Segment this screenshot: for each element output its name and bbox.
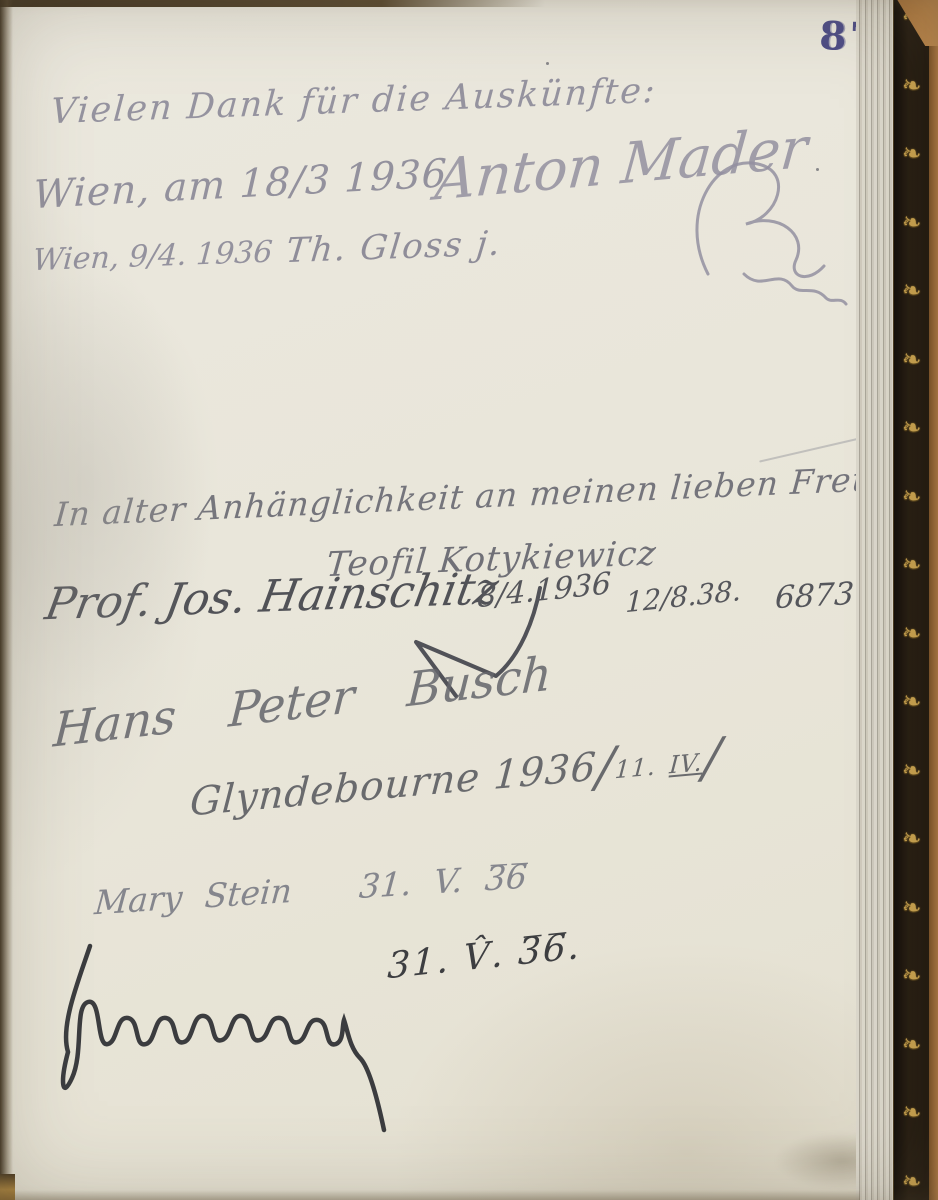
page-edges-stack (856, 0, 893, 1200)
entry-mader-date: Wien, am 18/3 1936 (33, 154, 449, 217)
paper-speck (546, 62, 549, 65)
page-bottom-shadow (0, 1190, 860, 1200)
busch-day: 11. (614, 752, 657, 784)
album-page: 87 Vielen Dank für die Auskünfte: Wien, … (0, 0, 858, 1200)
busch-slash: / (594, 736, 617, 799)
paper-blotch (0, 270, 220, 700)
entry-busch-place: Glyndebourne 1936/11. IV./ (188, 729, 724, 831)
gilt-corner (0, 1174, 15, 1200)
paper-speck (816, 168, 819, 171)
book-top-edge (0, 0, 545, 7)
stein-date: 31. V. 3̅6̅ (358, 857, 529, 907)
pen-stroke (759, 435, 869, 462)
stein-name: Mary Stein (93, 871, 293, 922)
busch-roman-month: IV. (668, 748, 703, 779)
dedication-number: 6873. (774, 577, 864, 614)
entry-last-date: 31. V̂. 3̅6̅. (387, 928, 582, 987)
book-cover-binding: ❧❧❧❧❧❧❧❧❧❧❧❧❧❧❧❧❧❧ (893, 0, 930, 1200)
greeting-line: Vielen Dank für die Auskünfte: (49, 73, 658, 131)
dedication-date-1938: 12/8.38. (625, 576, 742, 618)
page-gutter-shadow (0, 0, 13, 1200)
guestbook-photo: 87 Vielen Dank für die Auskünfte: Wien, … (0, 0, 938, 1200)
table-surface (929, 0, 938, 1200)
entry-stein: Mary Stein 31. V. 3̅6̅ (93, 860, 528, 921)
busch-closing-slash: / (701, 726, 724, 789)
signature-scrawl (38, 930, 408, 1142)
entry-gloss-signature: Th. Gloss j. (284, 226, 503, 269)
mader-paraph-flourish (686, 146, 868, 316)
busch-place-text: Glyndebourne 1936 (189, 744, 599, 825)
